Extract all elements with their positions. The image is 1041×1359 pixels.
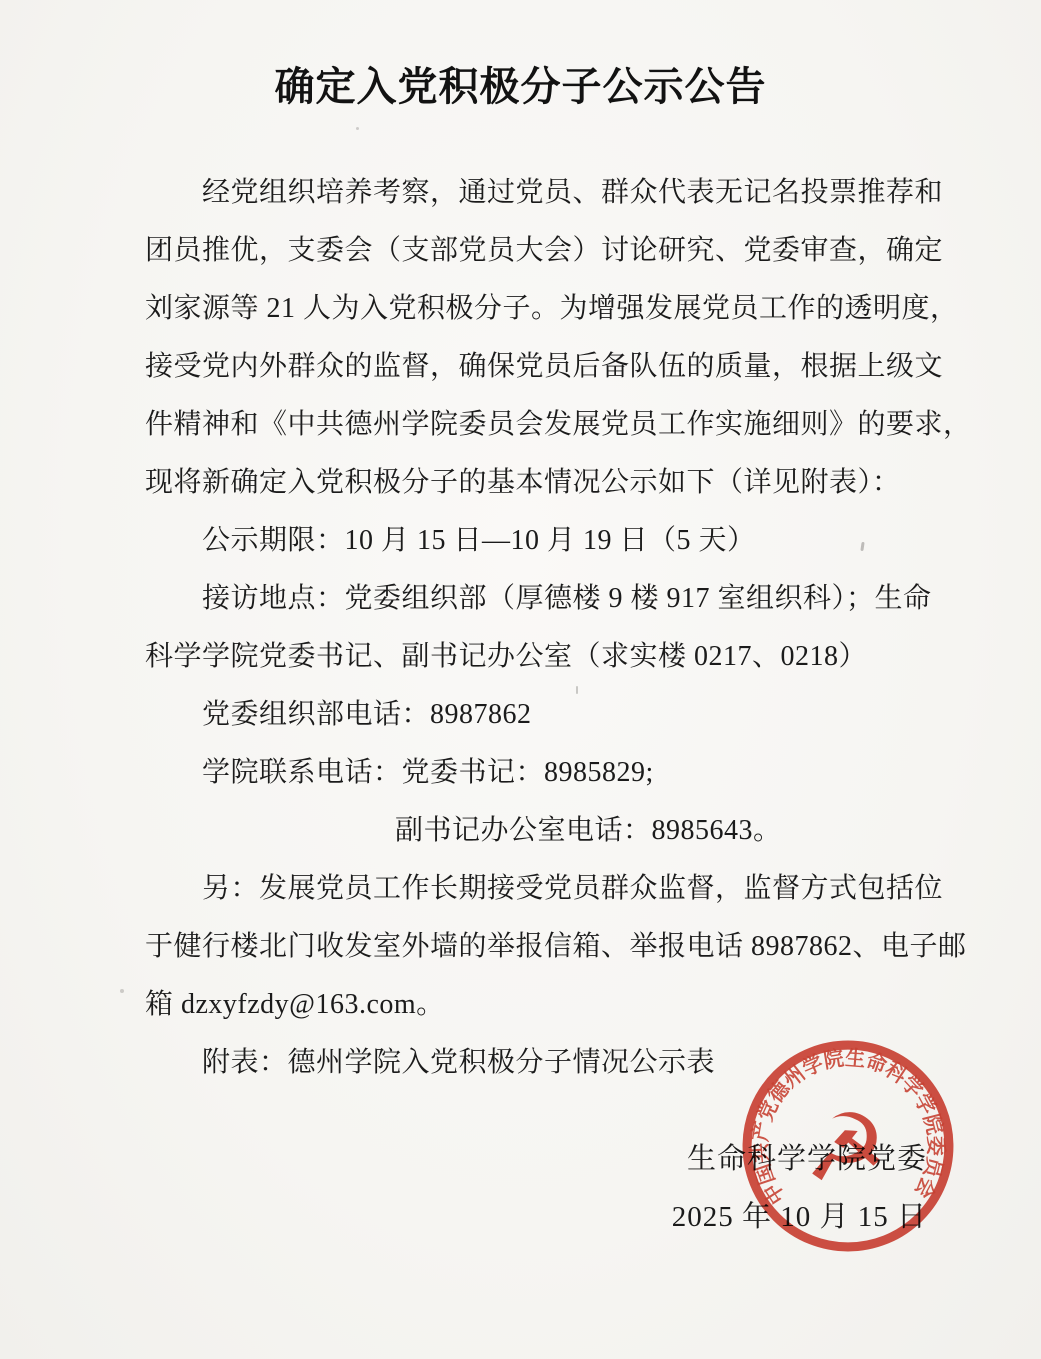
document-body: 经党组织培养考察，通过党员、群众代表无记名投票推荐和 团员推优，支委会（支部党员… <box>145 164 940 1092</box>
body-line-public-period: 公示期限：10 月 15 日—10 月 19 日（5 天） <box>145 512 940 570</box>
body-line-deputy-phone: 副书记办公室电话：8985643。 <box>145 802 940 860</box>
body-line: 科学学院党委书记、副书记办公室（求实楼 0217、0218） <box>145 628 940 686</box>
scanned-document-page: 确定入党积极分子公示公告 经党组织培养考察，通过党员、群众代表无记名投票推荐和 … <box>0 0 1041 1359</box>
scan-artifact <box>576 686 578 694</box>
signature-date: 2025 年 10 月 15 日 <box>0 1188 927 1246</box>
scan-artifact <box>356 127 359 130</box>
body-line: 刘家源等 21 人为入党积极分子。为增强发展党员工作的透明度， <box>145 280 940 338</box>
body-line-attachment: 附表：德州学院入党积极分子情况公示表 <box>145 1034 940 1092</box>
body-line: 另：发展党员工作长期接受党员群众监督，监督方式包括位 <box>145 860 940 918</box>
body-line: 接受党内外群众的监督，确保党员后备队伍的质量，根据上级文 <box>145 338 940 396</box>
scan-artifact <box>120 989 124 993</box>
signature-block: 生命科学学院党委 2025 年 10 月 15 日 <box>0 1130 927 1246</box>
body-line: 团员推优，支委会（支部党员大会）讨论研究、党委审查，确定 <box>145 222 940 280</box>
signature-org: 生命科学学院党委 <box>0 1130 927 1188</box>
document-title: 确定入党积极分子公示公告 <box>0 62 1041 112</box>
body-line: 现将新确定入党积极分子的基本情况公示如下（详见附表）： <box>145 454 940 512</box>
body-line-email: 箱 dzxyfzdy@163.com。 <box>145 976 940 1034</box>
body-line-org-dept-phone: 党委组织部电话：8987862 <box>145 686 940 744</box>
body-line-visit-location: 接访地点：党委组织部（厚德楼 9 楼 917 室组织科）；生命 <box>145 570 940 628</box>
body-line-college-phone: 学院联系电话：党委书记：8985829; <box>145 744 940 802</box>
body-line: 于健行楼北门收发室外墙的举报信箱、举报电话 8987862、电子邮 <box>145 918 940 976</box>
body-line: 件精神和《中共德州学院委员会发展党员工作实施细则》的要求， <box>145 396 940 454</box>
body-line: 经党组织培养考察，通过党员、群众代表无记名投票推荐和 <box>145 164 940 222</box>
